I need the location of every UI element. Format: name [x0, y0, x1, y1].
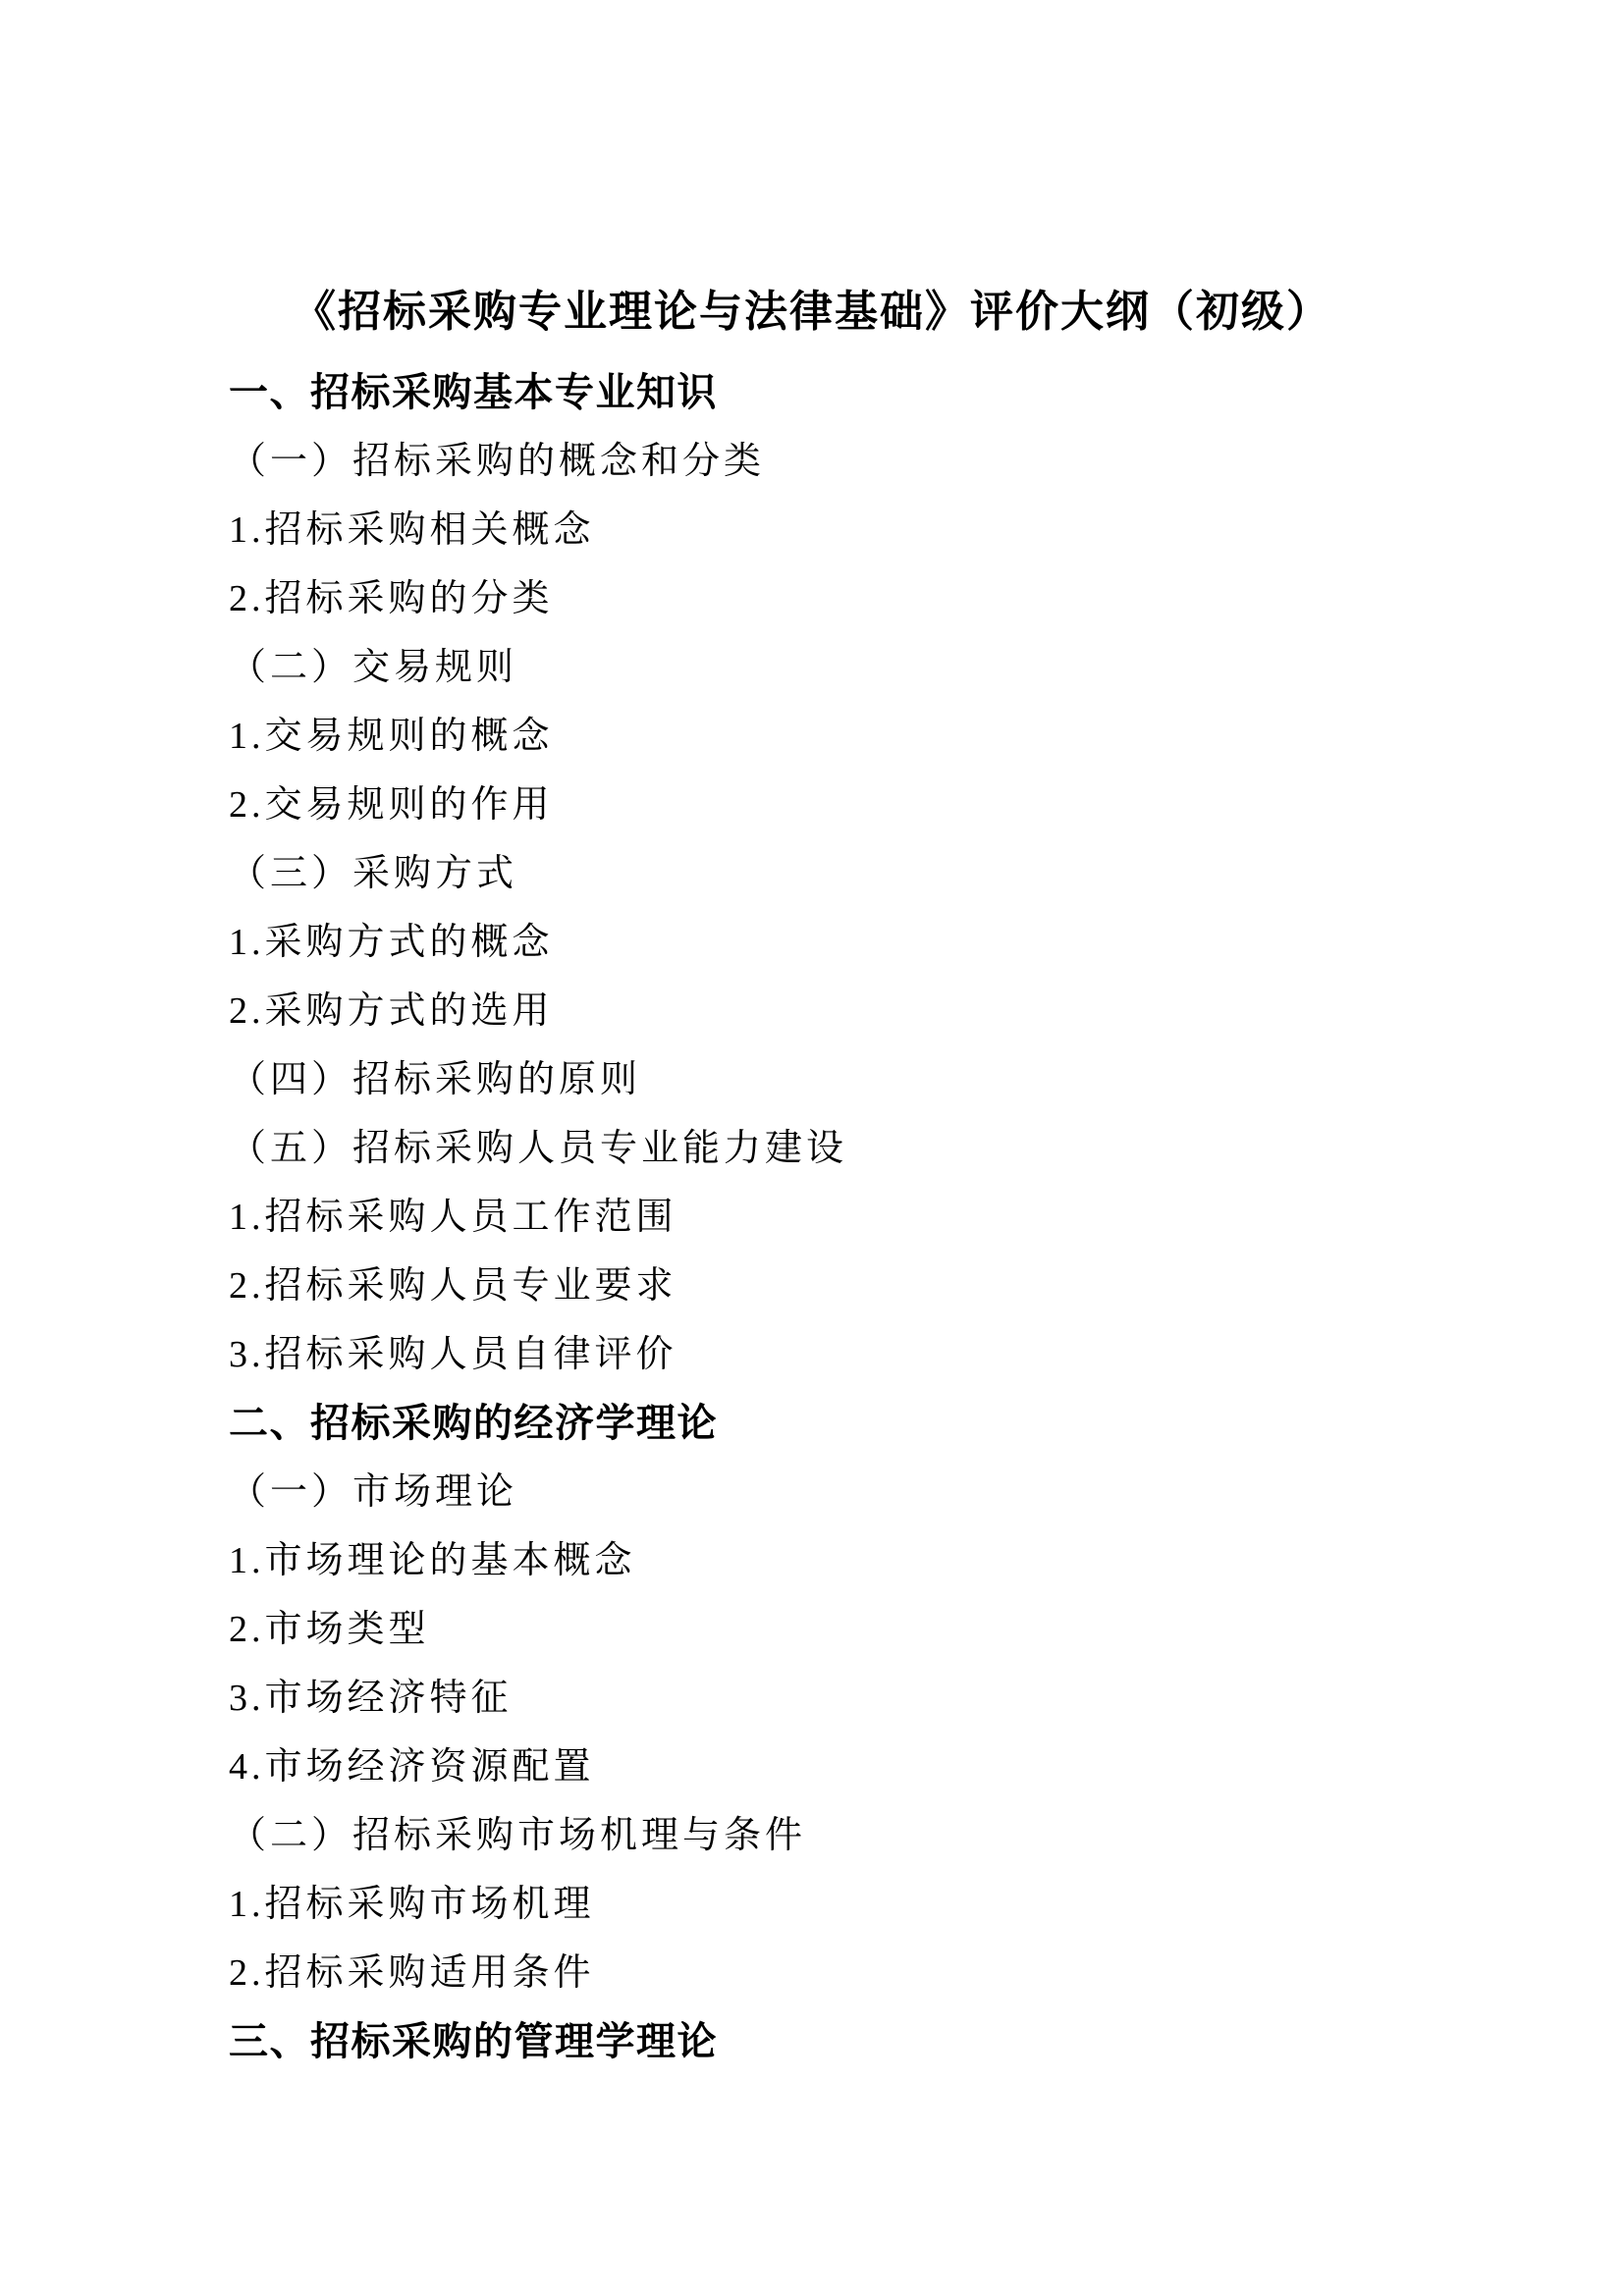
outline-subsection-line: （一）招标采购的概念和分类	[229, 427, 1477, 496]
outline-item-line: 2.招标采购人员专业要求	[229, 1252, 1477, 1320]
outline-subsection-line: （三）采购方式	[229, 839, 1477, 908]
outline-item-line: 1.招标采购相关概念	[229, 496, 1477, 564]
outline-subsection-line: （四）招标采购的原则	[229, 1045, 1477, 1114]
outline-item-line: 3.招标采购人员自律评价	[229, 1320, 1477, 1389]
outline-item-line: 1.招标采购市场机理	[229, 1870, 1477, 1939]
document-page: 《招标采购专业理论与法律基础》评价大纲（初级） 一、招标采购基本专业知识（一）招…	[0, 0, 1624, 2296]
document-outline: 一、招标采购基本专业知识（一）招标采购的概念和分类1.招标采购相关概念2.招标采…	[229, 358, 1477, 2076]
outline-section-line: 二、招标采购的经济学理论	[229, 1389, 1477, 1458]
outline-item-line: 1.市场理论的基本概念	[229, 1526, 1477, 1595]
outline-item-line: 1.采购方式的概念	[229, 908, 1477, 977]
outline-subsection-line: （五）招标采购人员专业能力建设	[229, 1114, 1477, 1183]
outline-subsection-line: （二）招标采购市场机理与条件	[229, 1801, 1477, 1870]
outline-item-line: 2.招标采购适用条件	[229, 1939, 1477, 2007]
outline-item-line: 2.采购方式的选用	[229, 977, 1477, 1045]
outline-item-line: 1.招标采购人员工作范围	[229, 1183, 1477, 1252]
outline-section-line: 一、招标采购基本专业知识	[229, 358, 1477, 427]
outline-item-line: 2.交易规则的作用	[229, 771, 1477, 839]
outline-item-line: 3.市场经济特征	[229, 1664, 1477, 1733]
outline-section-line: 三、招标采购的管理学理论	[229, 2007, 1477, 2076]
outline-subsection-line: （一）市场理论	[229, 1458, 1477, 1526]
document-title: 《招标采购专业理论与法律基础》评价大纲（初级）	[0, 275, 1624, 348]
outline-item-line: 4.市场经济资源配置	[229, 1733, 1477, 1801]
outline-item-line: 1.交易规则的概念	[229, 702, 1477, 771]
outline-subsection-line: （二）交易规则	[229, 633, 1477, 702]
outline-item-line: 2.市场类型	[229, 1595, 1477, 1664]
outline-item-line: 2.招标采购的分类	[229, 564, 1477, 633]
